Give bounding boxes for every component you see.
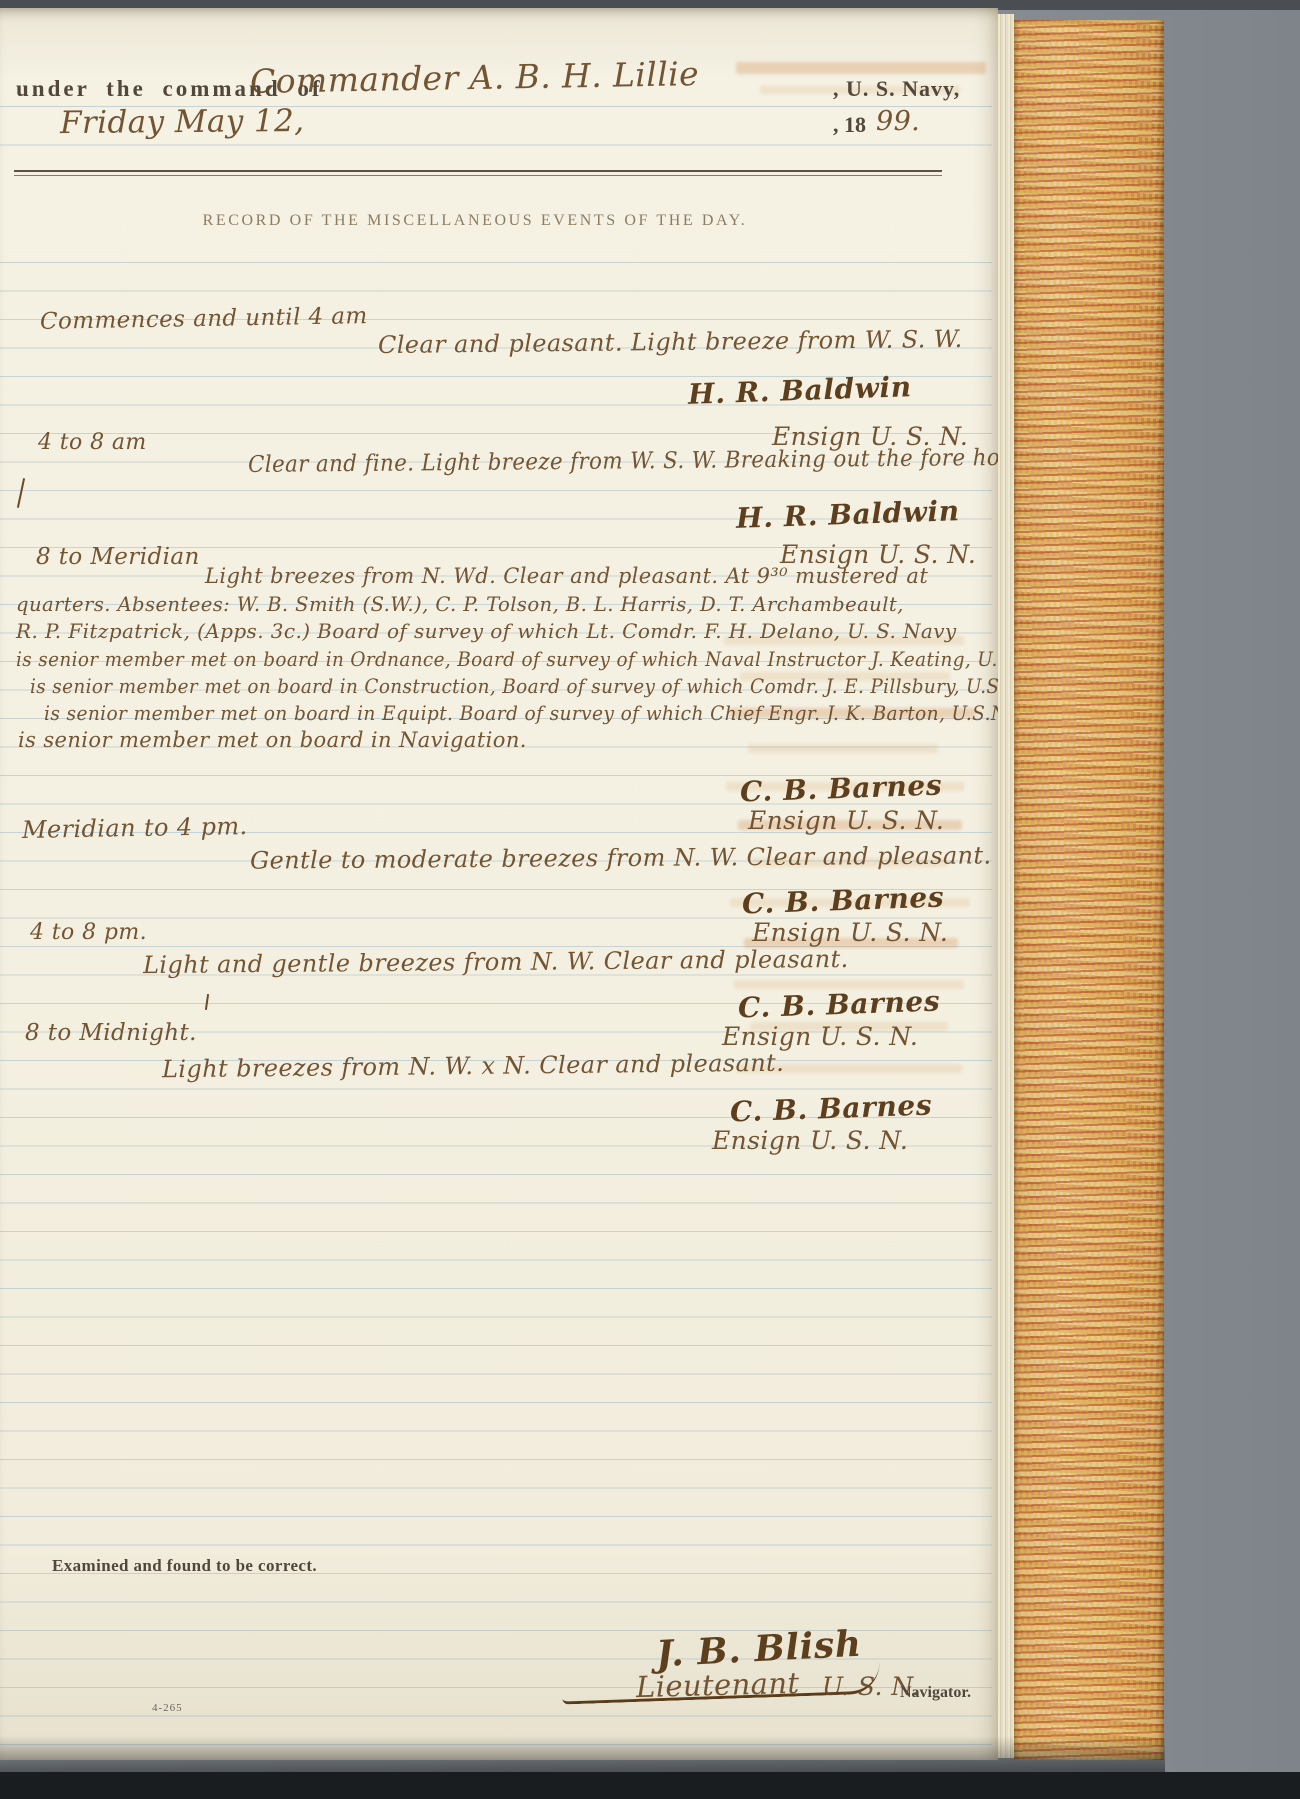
entry-6-period-label: 8 to Midnight.: [25, 1020, 197, 1046]
entry-3-period-label: 8 to Meridian: [36, 544, 200, 570]
header-year-prefix: , 18: [833, 112, 866, 138]
entry-3-line-5: is senior member met on board in Constru…: [30, 674, 1026, 698]
commander-name-handwritten: Commander A. B. H. Lillie: [250, 54, 700, 101]
header-divider-rule: [14, 170, 942, 172]
entry-4-weather-line: Gentle to moderate breezes from N. W. Cl…: [250, 841, 992, 874]
navigator-rank-handwritten: Lieutenant: [636, 1666, 800, 1704]
examined-statement: Examined and found to be correct.: [52, 1556, 317, 1576]
rank-barnes-3: Ensign U. S. N.: [722, 1022, 918, 1051]
navigator-printed-label: Navigator.: [900, 1684, 971, 1702]
signature-barnes-closing: C. B. Barnes: [729, 1088, 932, 1128]
rank-barnes-2: Ensign U. S. N.: [752, 918, 948, 947]
entry-4-period-label: Meridian to 4 pm.: [22, 812, 248, 844]
header-navy-suffix: , U. S. Navy,: [833, 76, 960, 102]
bleed-through-ghost: [748, 744, 938, 753]
signature-barnes-3: C. B. Barnes: [737, 984, 940, 1024]
scan-bottom-edge: [0, 1772, 1300, 1799]
entry-3-line-4: is senior member met on board in Ordnanc…: [16, 647, 1038, 671]
page-stack-edge: [998, 14, 1014, 1758]
book-fore-edge-marbling: [1014, 20, 1164, 1760]
logbook-scan: under the command of Commander A. B. H. …: [0, 0, 1300, 1799]
entry-5-period-label: 4 to 8 pm.: [30, 920, 147, 945]
form-number: 4-265: [152, 1702, 183, 1714]
signature-barnes-1: C. B. Barnes: [739, 768, 942, 808]
entry-3-line-6: is senior member met on board in Equipt.…: [44, 701, 1013, 725]
signature-barnes-2: C. B. Barnes: [741, 880, 944, 920]
rank-barnes-1: Ensign U. S. N.: [748, 806, 944, 835]
entry-3-line-3: R. P. Fitzpatrick, (Apps. 3c.) Board of …: [16, 619, 957, 643]
entry-3-line-2: quarters. Absentees: W. B. Smith (S.W.),…: [16, 592, 904, 616]
entry-3-line-1: Light breezes from N. Wd. Clear and plea…: [205, 564, 928, 588]
year-handwritten: 99.: [876, 106, 920, 137]
bleed-through-ghost: [736, 62, 986, 74]
section-title: RECORD OF THE MISCELLANEOUS EVENTS OF TH…: [0, 212, 950, 230]
entry-3-line-7: is senior member met on board in Navigat…: [18, 728, 527, 752]
header-divider-rule-thin: [14, 175, 942, 176]
rank-barnes-closing: Ensign U. S. N.: [712, 1126, 908, 1155]
date-handwritten: Friday May 12,: [60, 103, 305, 141]
entry-2-period-label: 4 to 8 am: [38, 430, 147, 455]
